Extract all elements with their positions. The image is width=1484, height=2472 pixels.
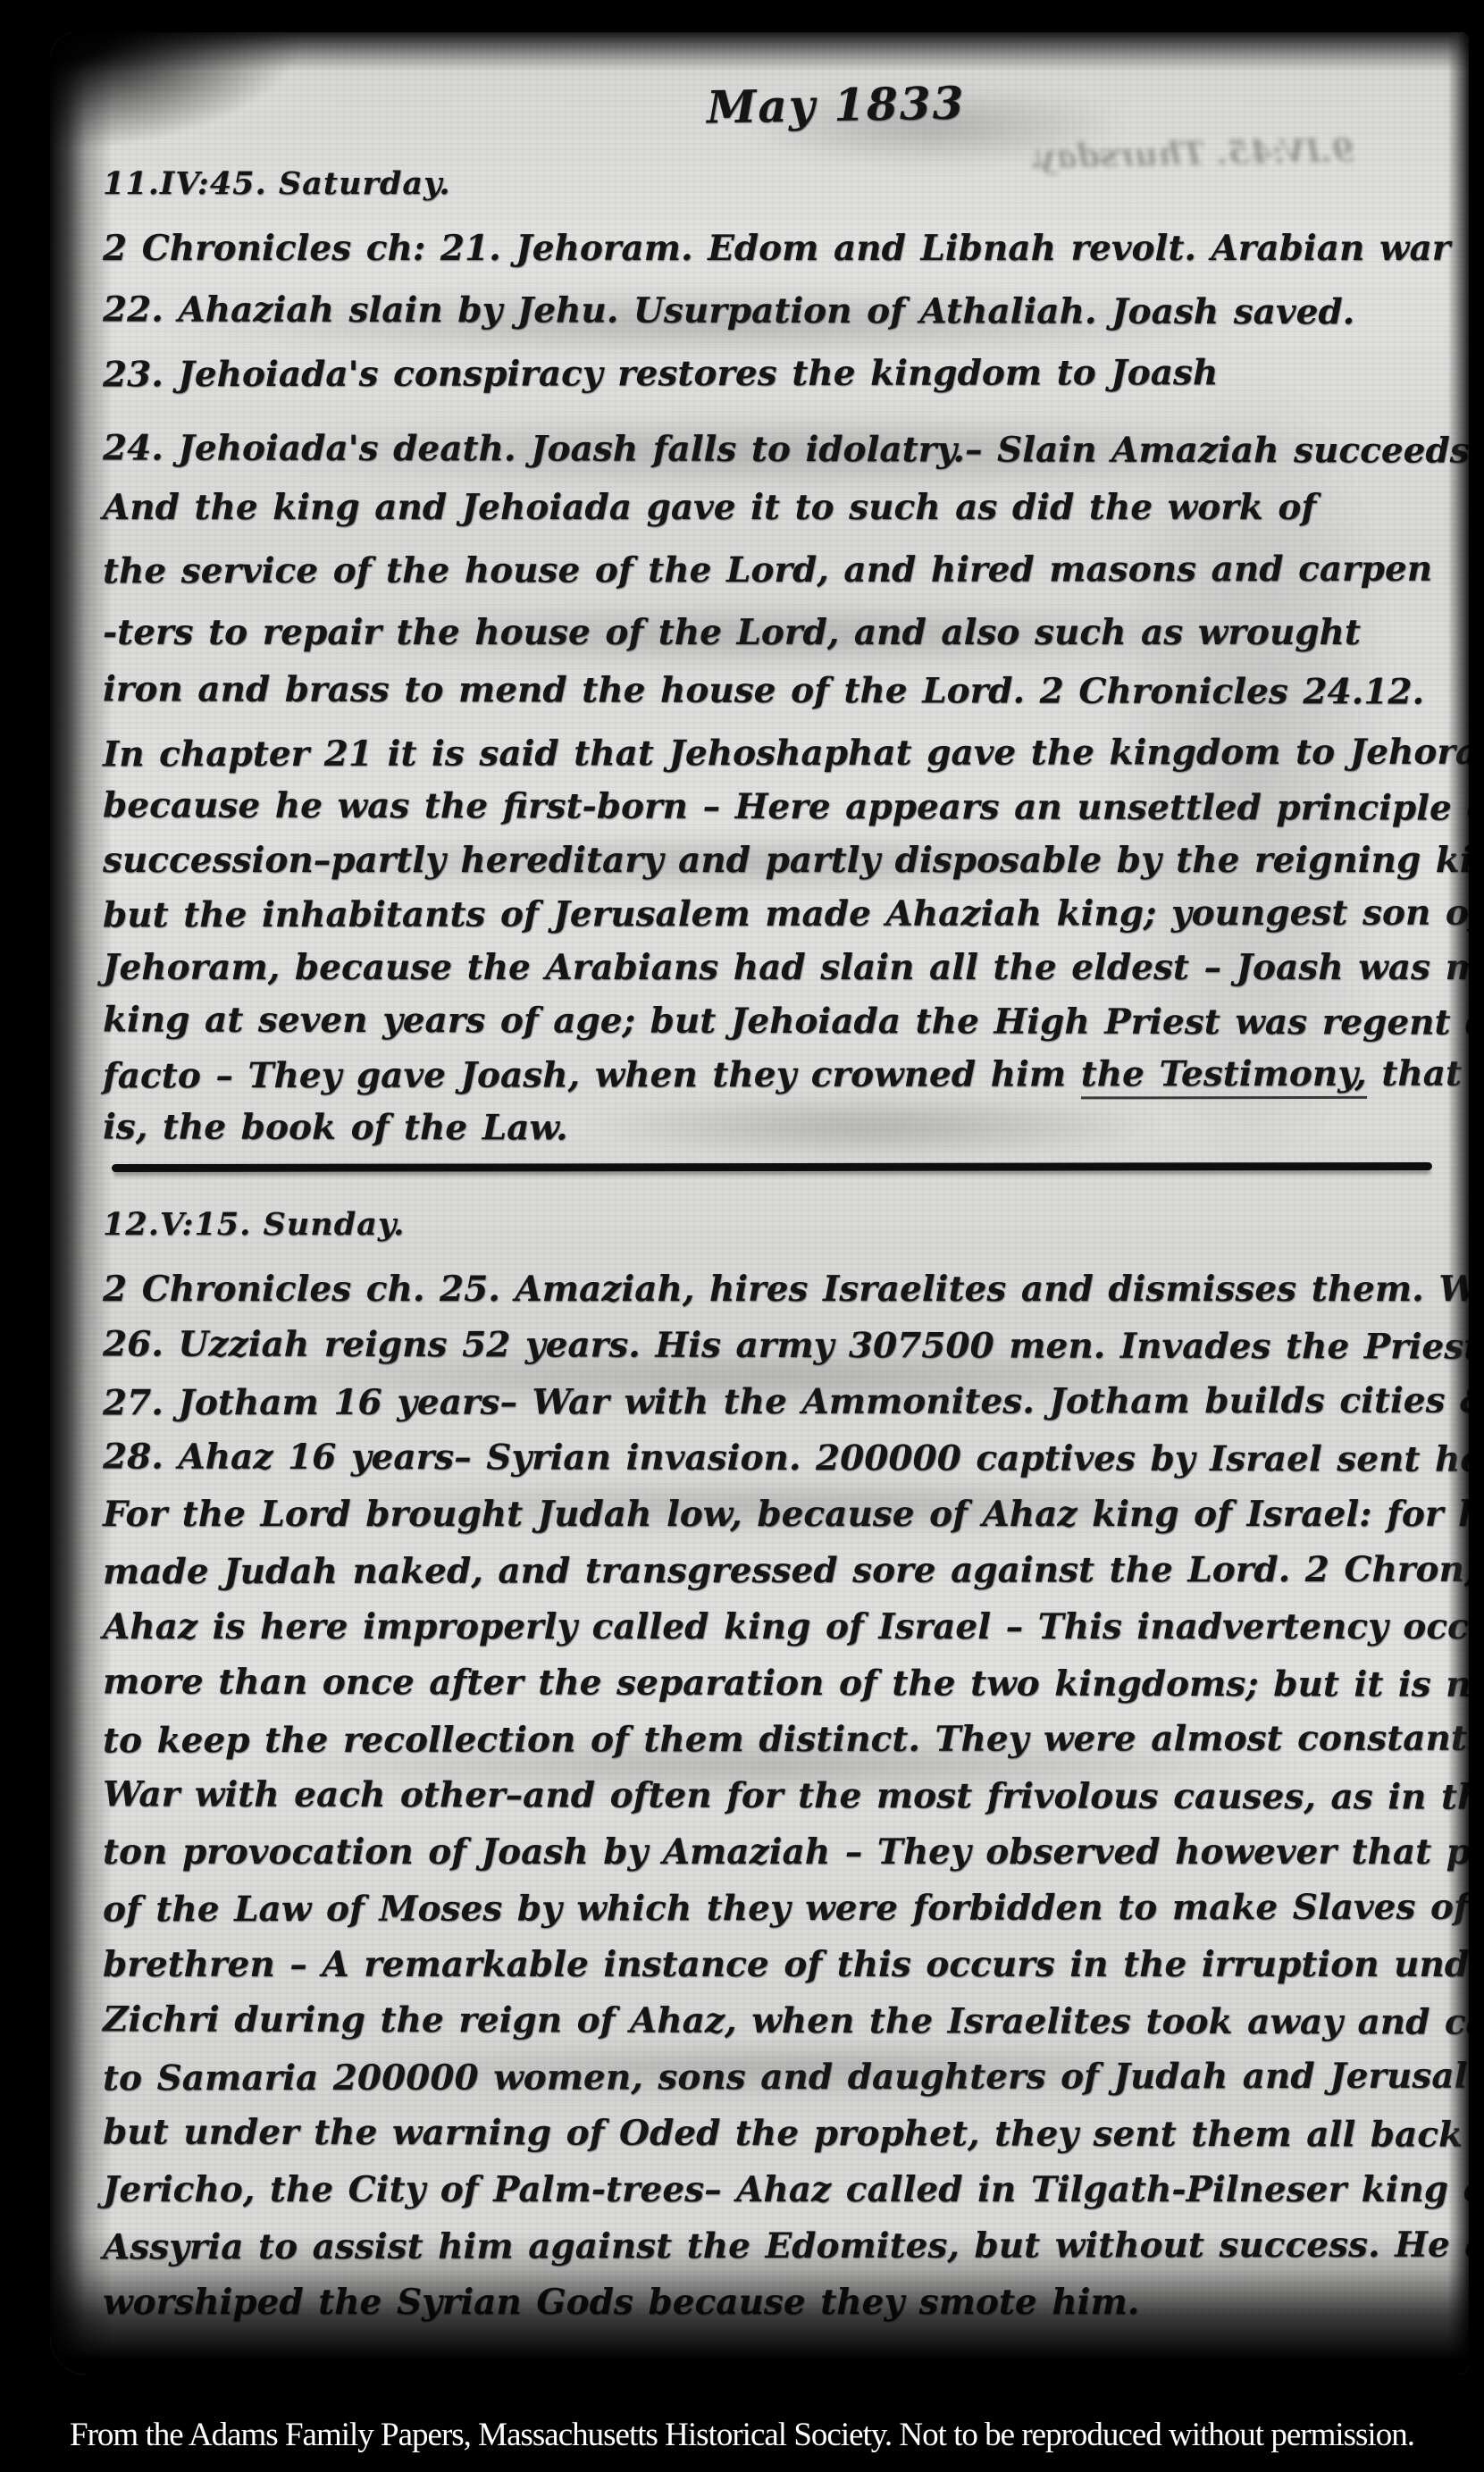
manuscript-line: is, the book of the Law. xyxy=(103,1106,1465,1162)
manuscript-line: 23. Jehoiada's conspiracy restores the k… xyxy=(103,352,1465,431)
manuscript-line: iron and brass to mend the house of the … xyxy=(103,668,1465,733)
page-edge-shadow-bottom xyxy=(50,2232,1469,2375)
manuscript-line: king at seven years of age; but Jehoiada… xyxy=(103,999,1465,1055)
manuscript-line: more than once after the separation of t… xyxy=(103,1661,1465,1720)
diary-entry-may-11: 11.IV:45. Saturday. 2 Chronicles ch: 21.… xyxy=(103,165,1465,1161)
manuscript-line: because he was the first-born – Here app… xyxy=(103,784,1465,841)
manuscript-page: 9.IV:45. Thursday. May 1833 11.IV:45. Sa… xyxy=(50,32,1469,2375)
manuscript-line: 28. Ahaz 16 years– Syrian invasion. 2000… xyxy=(103,1436,1465,1495)
manuscript-line: 22. Ahaziah slain by Jehu. Usurpation of… xyxy=(103,289,1465,354)
manuscript-scan: 9.IV:45. Thursday. May 1833 11.IV:45. Sa… xyxy=(0,0,1484,2472)
manuscript-line: to keep the recollection of them distinc… xyxy=(103,1718,1465,1777)
manuscript-line: Jehoram, because the Arabians had slain … xyxy=(103,947,1465,1001)
diary-entry-may-12: 12.V:15. Sunday. 2 Chronicles ch. 25. Am… xyxy=(103,1206,1465,2338)
entry-body: 2 Chronicles ch. 25. Amaziah, hires Isra… xyxy=(103,1269,1465,2338)
archive-credit-line: From the Adams Family Papers, Massachuse… xyxy=(0,2416,1484,2454)
manuscript-line: And the king and Jehoiada gave it to suc… xyxy=(103,487,1465,549)
manuscript-line: For the Lord brought Judah low, because … xyxy=(103,1494,1465,1550)
page-edge-shadow-right xyxy=(1447,32,1469,2375)
page-corner-shadow xyxy=(50,32,300,148)
underlined-phrase: the Testimony, xyxy=(1081,1053,1367,1100)
manuscript-line: 26. Uzziah reigns 52 years. His army 307… xyxy=(103,1323,1465,1382)
manuscript-line: facto – They gave Joash, when they crown… xyxy=(103,1053,1465,1110)
manuscript-line: War with each other–and often for the mo… xyxy=(103,1773,1465,1832)
manuscript-line: Zichri during the reign of Ahaz, when th… xyxy=(103,1999,1465,2057)
month-header: May 1833 xyxy=(707,76,966,133)
manuscript-line: 2 Chronicles ch: 21. Jehoram. Edom and L… xyxy=(103,228,1465,290)
manuscript-line: but under the warning of Oded the prophe… xyxy=(103,2111,1465,2170)
manuscript-line: brethren – A remarkable instance of this… xyxy=(103,1944,1465,2000)
manuscript-line: 2 Chronicles ch. 25. Amaziah, hires Isra… xyxy=(103,1269,1465,1325)
line-fragment: facto – They gave Joash, when they crown… xyxy=(103,1053,1081,1096)
manuscript-line: but the inhabitants of Jerusalem made Ah… xyxy=(103,892,1465,949)
manuscript-line: of the Law of Moses by which they were f… xyxy=(103,1887,1465,1946)
manuscript-line: to Samaria 200000 women, sons and daught… xyxy=(103,2056,1465,2115)
manuscript-line: the service of the house of the Lord, an… xyxy=(103,549,1465,614)
manuscript-line: 24. Jehoiada's death. Joash falls to ido… xyxy=(103,427,1465,488)
manuscript-line: -ters to repair the house of the Lord, a… xyxy=(103,612,1465,670)
manuscript-line: made Judah naked, and transgressed sore … xyxy=(103,1549,1465,1608)
entry-heading: 12.V:15. Sunday. xyxy=(103,1206,1465,1269)
manuscript-line: 27. Jotham 16 years– War with the Ammoni… xyxy=(103,1380,1465,1439)
manuscript-line: Ahaz is here improperly called king of I… xyxy=(103,1606,1465,1663)
manuscript-line: succession–partly hereditary and partly … xyxy=(103,840,1465,893)
manuscript-line: In chapter 21 it is said that Jehoshapha… xyxy=(103,732,1465,788)
entry-heading: 11.IV:45. Saturday. xyxy=(103,165,1465,228)
entry-body: 2 Chronicles ch: 21. Jehoram. Edom and L… xyxy=(103,228,1465,1161)
manuscript-line: ton provocation of Joash by Amaziah – Th… xyxy=(103,1831,1465,1888)
binding-gutter-shadow xyxy=(50,32,113,2375)
manuscript-line: Jericho, the City of Palm-trees– Ahaz ca… xyxy=(103,2169,1465,2225)
entry-divider-rule xyxy=(112,1162,1432,1172)
